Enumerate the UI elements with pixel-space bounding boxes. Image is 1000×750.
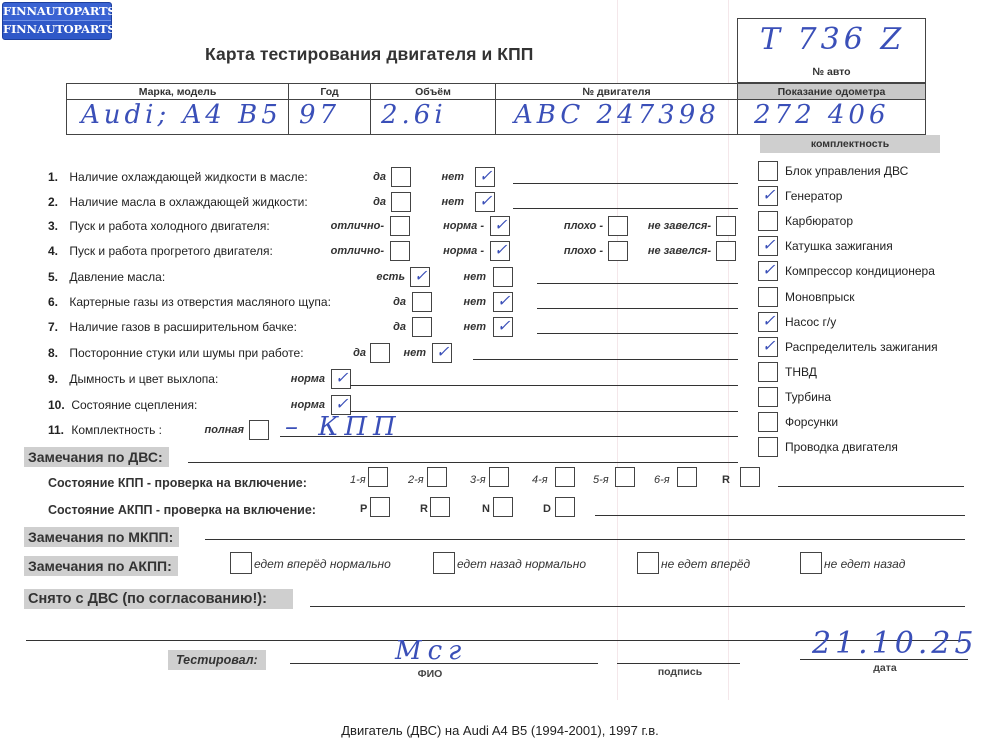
option-checkbox[interactable]: ✓ [475,192,495,212]
kpp-gear-label: R [722,474,730,486]
volume-cell: 2.6i [370,100,495,135]
option-label: плохо - [515,220,603,232]
year-value: 97 [299,100,340,130]
check-mark-icon: ✓ [762,262,775,278]
check-question: 11. Комплектность : [48,423,162,437]
check-mark-icon: ✓ [762,338,775,354]
question-label: Наличие масла в охлаждающей жидкости: [66,195,308,209]
akpp-remark-checkbox[interactable] [637,552,659,574]
akpp-gear-checkbox[interactable] [555,497,575,517]
question-label: Наличие охлаждающей жидкости в масле: [66,170,308,184]
kpp-gear-label: 1-я [350,474,366,486]
check-question: 10. Состояние сцепления: [48,398,197,412]
removed-line[interactable] [310,606,965,607]
completeness-checkbox[interactable]: ✓ [758,312,778,332]
akpp-remark-label: не едет вперёд [661,557,750,571]
option-label: есть [317,271,405,283]
kpp-remarks-line[interactable] [778,486,964,487]
option-checkbox[interactable]: ✓ [490,241,510,261]
question-number: 8. [48,346,66,360]
header-col-engine-number: № двигателя [495,83,737,100]
completeness-checkbox[interactable] [758,412,778,432]
option-checkbox[interactable]: ✓ [331,369,351,389]
check-mark-icon: ✓ [762,237,775,253]
completeness-item-label: Моновпрыск [785,290,855,304]
question-label: Состояние сцепления: [68,398,197,412]
kpp-gear-label: 5-я [593,474,609,486]
mkpp-remarks-line[interactable] [205,539,965,540]
completeness-checkbox[interactable] [758,437,778,457]
check-question: 3. Пуск и работа холодного двигателя: [48,219,270,233]
option-label: норма [237,373,325,385]
kpp-gear-label: 6-я [654,474,670,486]
completeness-item-label: Турбина [785,390,831,404]
volume-value: 2.6i [381,100,447,130]
check-question: 8. Посторонние стуки или шумы при работе… [48,346,304,360]
option-checkbox[interactable]: ✓ [432,343,452,363]
option-label: нет [376,196,464,208]
check-question: 2. Наличие масла в охлаждающей жидкости: [48,195,308,209]
kpp-gear-checkbox[interactable] [615,467,635,487]
question-number: 6. [48,295,66,309]
option-label: нет [376,171,464,183]
remarks-line[interactable] [350,385,738,386]
akpp-remarks-label: Замечания по АКПП: [24,556,178,576]
completeness-checkbox[interactable]: ✓ [758,186,778,206]
question-number: 10. [48,398,68,412]
question-label: Наличие газов в расширительном бачке: [66,320,297,334]
option-label: да [318,296,406,308]
tested-by-label: Тестировал: [168,650,266,670]
completeness-item-label: Карбюратор [785,214,853,228]
kpp-check-label: Состояние КПП - проверка на включение: [48,476,307,490]
question-label: Пуск и работа холодного двигателя: [66,219,270,233]
check-question: 6. Картерные газы из отверстия масляного… [48,295,331,309]
completeness-item-label: ТНВД [785,365,817,379]
question-label: Пуск и работа прогретого двигателя: [66,244,273,258]
completeness-item-label: Блок управления ДВС [785,164,908,178]
option-label: нет [338,347,426,359]
option-label: отлично- [296,220,384,232]
header-col-volume: Объём [370,83,495,100]
option-checkbox[interactable]: ✓ [493,292,513,312]
kpp-gear-label: 3-я [470,474,486,486]
check-mark-icon: ✓ [762,187,775,203]
header-col-model: Марка, модель [66,83,288,100]
question-label: Комплектность : [68,423,162,437]
completeness-checkbox[interactable] [758,287,778,307]
completeness-checkbox[interactable]: ✓ [758,337,778,357]
akpp-gear-label: D [543,503,551,515]
completeness-item-label: Распределитель зажигания [785,340,938,354]
akpp-remark-label: едет вперёд нормально [254,557,391,571]
date-label: дата [855,662,915,674]
remarks-line[interactable] [350,411,738,412]
signature-label: подпись [640,666,720,678]
option-label: полная [156,424,244,436]
remarks-line[interactable] [537,308,738,309]
option-label: да [318,321,406,333]
check-mark-icon: ✓ [479,193,492,209]
kpp-gear-checkbox[interactable] [740,467,760,487]
akpp-remark-label: едет назад нормально [457,557,586,571]
completeness-note: – КПП [285,412,402,442]
fio-value: Мсг [395,636,467,666]
akpp-gear-label: R [420,503,428,515]
akpp-remark-checkbox[interactable] [800,552,822,574]
odometer-value: 272 406 [754,100,890,130]
photo-caption: Двигатель (ДВС) на Audi A4 B5 (1994-2001… [0,723,1000,738]
check-mark-icon: ✓ [494,242,507,258]
auto-number-value: T 736 Z [760,22,905,57]
question-number: 5. [48,270,66,284]
header-col-year: Год [288,83,370,100]
check-mark-icon: ✓ [494,217,507,233]
kpp-gear-label: 4-я [532,474,548,486]
option-label: норма - [396,245,484,257]
logo-text: FINNAUTOPARTS [3,21,111,38]
option-checkbox[interactable]: ✓ [475,167,495,187]
option-label: не завелся- [623,220,711,232]
kpp-gear-checkbox[interactable] [427,467,447,487]
logo-text: FINNAUTOPARTS [3,3,111,21]
akpp-gear-checkbox[interactable] [493,497,513,517]
question-label: Посторонние стуки или шумы при работе: [66,346,304,360]
option-label: не завелся- [623,245,711,257]
check-mark-icon: ✓ [436,344,449,360]
check-mark-icon: ✓ [479,168,492,184]
option-label: плохо - [515,245,603,257]
check-question: 4. Пуск и работа прогретого двигателя: [48,244,273,258]
kpp-gear-checkbox[interactable] [489,467,509,487]
dvs-remarks-label: Замечания по ДВС: [24,447,169,467]
question-number: 1. [48,170,66,184]
question-number: 9. [48,372,66,386]
akpp-gear-label: P [360,503,367,515]
check-mark-icon: ✓ [762,313,775,329]
check-question: 1. Наличие охлаждающей жидкости в масле: [48,170,308,184]
mkpp-remarks-label: Замечания по МКПП: [24,527,179,547]
remarks-line[interactable] [473,359,738,360]
kpp-gear-checkbox[interactable] [368,467,388,487]
question-label: Дымность и цвет выхлопа: [66,372,218,386]
model-cell: Audi; A4 B5 [66,100,288,135]
option-checkbox[interactable]: ✓ [490,216,510,236]
option-label: нет [398,296,486,308]
completeness-heading: комплектность [760,135,940,153]
check-question: 7. Наличие газов в расширительном бачке: [48,320,297,334]
completeness-checkbox[interactable] [758,211,778,231]
option-label: отлично- [296,245,384,257]
option-checkbox[interactable] [716,216,736,236]
check-question: 5. Давление масла: [48,270,165,284]
fio-label: ФИО [410,668,450,680]
completeness-item-label: Компрессор кондиционера [785,264,935,278]
auto-number-label: № авто [737,66,926,78]
completeness-item-label: Проводка двигателя [785,440,898,454]
question-number: 11. [48,423,68,437]
completeness-item-label: Генератор [785,189,842,203]
akpp-gear-checkbox[interactable] [370,497,390,517]
page-title: Карта тестирования двигателя и КПП [205,44,533,65]
odometer-cell: 272 406 [737,100,926,135]
option-checkbox[interactable] [493,267,513,287]
check-mark-icon: ✓ [497,293,510,309]
finnautoparts-logo: FINNAUTOPARTS FINNAUTOPARTS [2,2,112,40]
kpp-gear-checkbox[interactable] [677,467,697,487]
akpp-check-label: Состояние АКПП - проверка на включение: [48,503,316,517]
question-number: 7. [48,320,66,334]
akpp-remark-label: не едет назад [824,557,905,571]
option-checkbox[interactable] [716,241,736,261]
header-col-odometer: Показание одометра [737,83,926,100]
akpp-remarks-line[interactable] [595,515,965,516]
completeness-item-label: Катушка зажигания [785,239,893,253]
model-value: Audi; A4 B5 [81,100,282,130]
check-question: 9. Дымность и цвет выхлопа: [48,372,218,386]
signature-line[interactable] [617,663,740,664]
engine-number-value: ABC 247398 [514,100,720,130]
remarks-line[interactable] [513,183,738,184]
remarks-line[interactable] [537,333,738,334]
completeness-item-label: Форсунки [785,415,838,429]
question-number: 4. [48,244,66,258]
option-label: да [298,171,386,183]
date-value: 21.10.25 [812,626,978,661]
option-checkbox[interactable] [249,420,269,440]
option-label: нет [398,321,486,333]
option-checkbox[interactable]: ✓ [493,317,513,337]
check-mark-icon: ✓ [335,370,348,386]
year-cell: 97 [288,100,370,135]
akpp-gear-checkbox[interactable] [430,497,450,517]
removed-label: Снято с ДВС (по согласованию!): [24,589,293,609]
completeness-checkbox[interactable] [758,161,778,181]
completeness-item-label: Насос г/у [785,315,836,329]
akpp-gear-label: N [482,503,490,515]
completeness-checkbox[interactable]: ✓ [758,236,778,256]
option-label: да [298,196,386,208]
question-label: Картерные газы из отверстия масляного щу… [66,295,331,309]
question-number: 2. [48,195,66,209]
completeness-checkbox[interactable] [758,362,778,382]
check-mark-icon: ✓ [335,396,348,412]
question-label: Давление масла: [66,270,165,284]
kpp-gear-label: 2-я [408,474,424,486]
completeness-checkbox[interactable]: ✓ [758,261,778,281]
question-number: 3. [48,219,66,233]
akpp-remark-checkbox[interactable] [230,552,252,574]
option-label: норма - [396,220,484,232]
check-mark-icon: ✓ [497,318,510,334]
engine-number-cell: ABC 247398 [495,100,737,135]
remarks-line[interactable] [537,283,738,284]
remarks-line[interactable] [513,208,738,209]
completeness-checkbox[interactable] [758,387,778,407]
akpp-remark-checkbox[interactable] [433,552,455,574]
kpp-gear-checkbox[interactable] [555,467,575,487]
dvs-remarks-line[interactable] [188,462,738,463]
option-label: норма [237,399,325,411]
option-label: нет [398,271,486,283]
